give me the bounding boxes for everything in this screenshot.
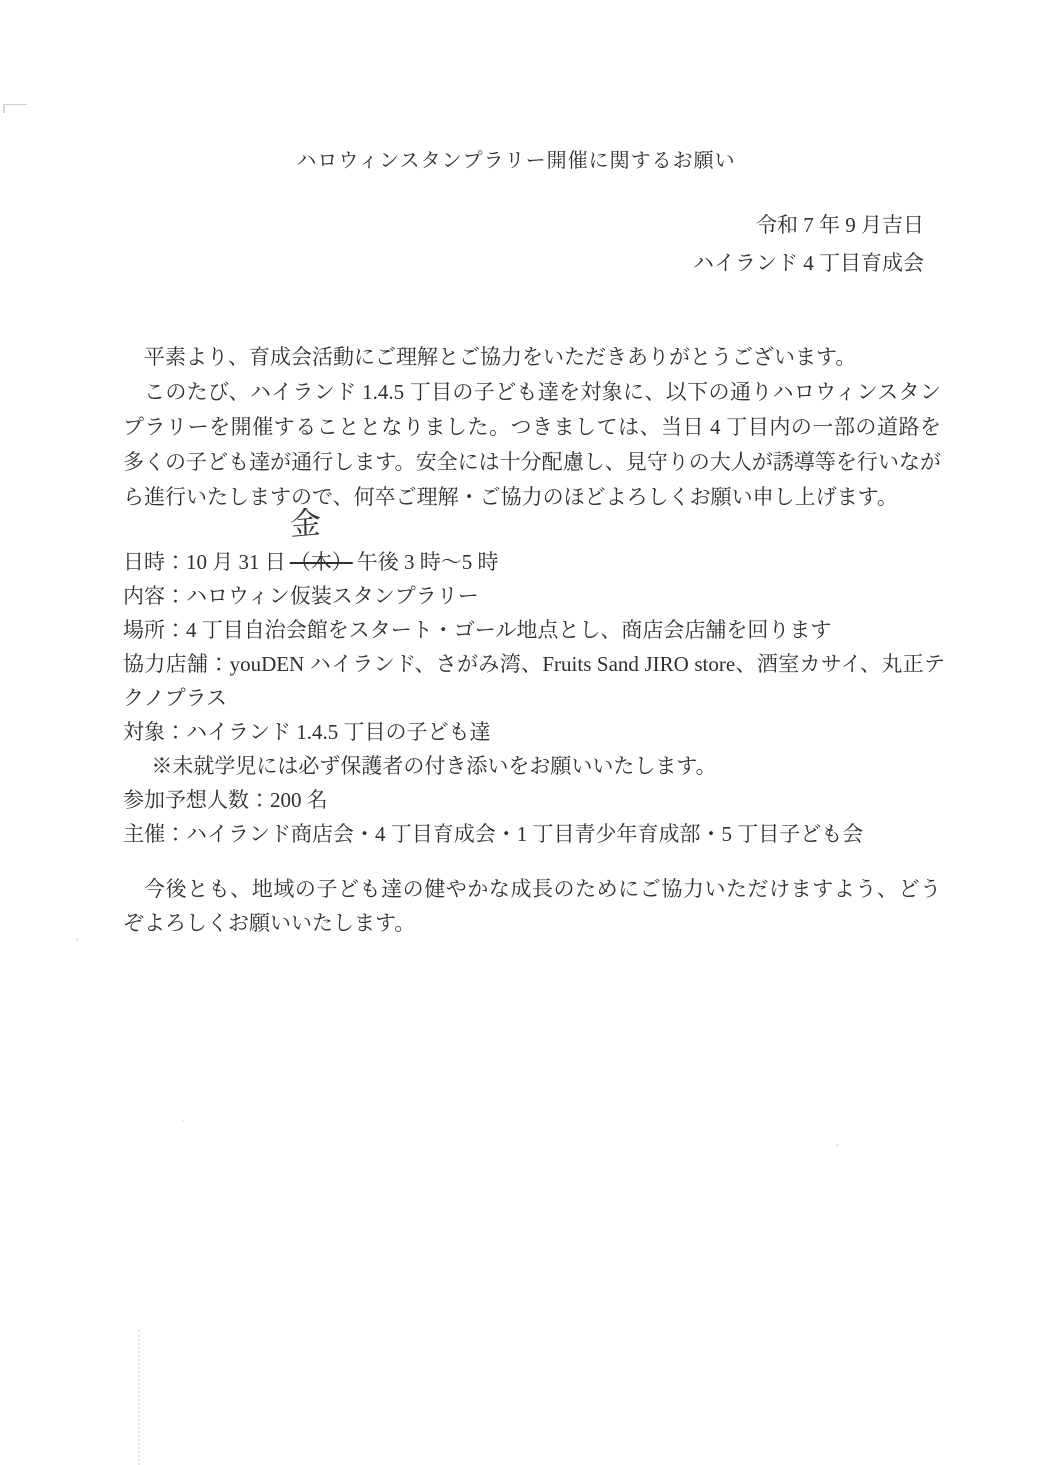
closing-text: 今後とも、地域の子ども達の健やかな成長のためにご協力いただけますよう、どうぞよろ… (123, 872, 941, 940)
scanned-document-page: ハロウィンスタンプラリー開催に関するお願い 令和 7 年 9 月吉日 ハイランド… (0, 0, 1052, 1465)
scan-speckle (836, 1144, 839, 1147)
datetime-prefix: 日時：10 月 31 日 (123, 550, 286, 574)
date-sender-block: 令和 7 年 9 月吉日 ハイランド 4 丁目育成会 (693, 206, 924, 282)
datetime-suffix: 午後 3 時～5 時 (357, 550, 499, 574)
document-sender: ハイランド 4 丁目育成会 (693, 244, 924, 282)
main-paragraph: このたび、ハイランド 1.4.5 丁目の子ども達を対象に、以下の通りハロウィンス… (123, 375, 941, 515)
event-details: 日時：10 月 31 日（木）金午後 3 時～5 時 内容：ハロウィン仮装スタン… (123, 545, 945, 851)
handwritten-correction: 金 (290, 507, 321, 541)
weekday-struck-text: （木） (290, 550, 353, 574)
document-title: ハロウィンスタンプラリー開催に関するお願い (0, 144, 1032, 173)
closing-paragraph: 今後とも、地域の子ども達の健やかな成長のためにご協力いただけますよう、どうぞよろ… (123, 872, 941, 940)
scan-speckle (76, 938, 79, 941)
detail-line-datetime: 日時：10 月 31 日（木）金午後 3 時～5 時 (123, 545, 945, 579)
document-date: 令和 7 年 9 月吉日 (693, 206, 924, 244)
scan-artifact-topleft (3, 104, 27, 113)
detail-line-target: 対象：ハイランド 1.4.5 丁目の子ども達 (123, 715, 945, 749)
detail-line-place: 場所：4 丁目自治会館をスタート・ゴール地点とし、商店会店舗を回ります (123, 613, 945, 647)
greeting-paragraph: 平素より、育成会活動にご理解とご協力をいただきありがとうございます。 (123, 340, 941, 375)
detail-line-organizers: 主催：ハイランド商店会・4 丁目育成会・1 丁目青少年育成部・5 丁目子ども会 (123, 817, 945, 851)
detail-line-shops: 協力店舗：youDEN ハイランド、さがみ湾、Fruits Sand JIRO … (123, 647, 945, 715)
weekday-correction-group: （木）金 (290, 545, 353, 579)
detail-line-participants: 参加予想人数：200 名 (123, 783, 945, 817)
body-text: 平素より、育成会活動にご理解とご協力をいただきありがとうございます。 このたび、… (123, 340, 941, 515)
scan-speckle (182, 1120, 184, 1122)
detail-line-note: ※未就学児には必ず保護者の付き添いをお願いいたします。 (123, 749, 945, 783)
detail-line-content: 内容：ハロウィン仮装スタンプラリー (123, 579, 945, 613)
scan-artifact-vertical-line (138, 1330, 140, 1465)
